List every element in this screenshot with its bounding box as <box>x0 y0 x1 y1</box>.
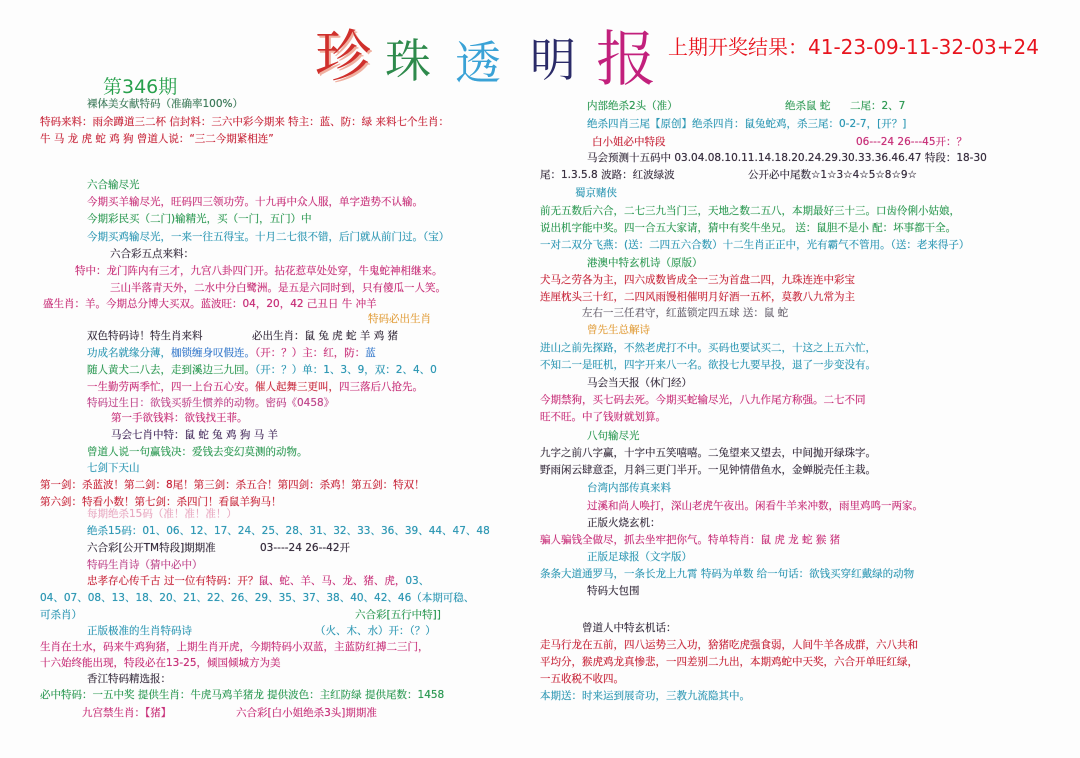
text-line: 必中特码：一五中奖 提供生肖：牛虎马鸡羊猪龙 提供波色：主红防绿 提供尾数：14… <box>40 688 444 702</box>
last-draw-result: 上期开奖结果：41-23-09-11-32-03+24 <box>668 34 1039 60</box>
section-heading: 六合彩五点来料： <box>110 247 194 261</box>
newspaper-page: 珍 珠 透 明 报 上期开奖结果：41-23-09-11-32-03+24 第3… <box>0 0 1080 758</box>
section-heading: 内部绝杀2头（准） <box>587 99 678 113</box>
text-line: 绝杀四肖三尾【原创】绝杀四肖：鼠兔蛇鸡，杀三尾：0-2-7，[开？] <box>587 117 906 131</box>
text-segment: 随人黄犬二八去，走到溪边三九回。 <box>87 364 255 376</box>
section-heading: 双色特码诗！特生肖来料 <box>87 329 203 343</box>
text-line: 忠孝存心传千古 过一位有特码：开？鼠、蛇、羊、马、龙、猪、虎，03、 <box>87 574 429 588</box>
text-line: 06---24 26---45开：？ <box>856 135 967 149</box>
text-line: 第一剑：杀蓝波！第二剑：8尾！第三剑：杀五合！第四剑：杀鸡！第五剑：特双！ <box>40 478 425 492</box>
text-line: 平均分，猴虎鸡龙真惨悲，一四差别二九出，本期鸡蛇中天奖，六合开单旺红绿， <box>540 655 918 669</box>
text-segment: （开：？）单：1、3、9，双：2、4、0 <box>255 364 437 376</box>
text-line: 今期买鸡输尽光，一来一往五得宝。十月二七很不错，后门就从前门过。（宝） <box>87 230 449 244</box>
text-line: 公开必中尾数☆1☆3☆4☆5☆8☆9☆ <box>748 168 917 182</box>
text-line: 特码来料：雨余蹲道三二杯 信封料：三六中彩今期来 特主：蓝、防：绿 来料七个生肖… <box>40 115 449 129</box>
text-line: 一对二双分飞燕：(送：二四五六合数）十二生肖正正中，光有霸气不管用。（送：老来得… <box>540 238 969 252</box>
text-line: 生肖在土水，码来牛鸡狗猪，上期生肖开虎，今期特码小双蓝，主蓝防红搏二三门， <box>40 640 429 654</box>
result-label: 上期开奖结果： <box>668 35 808 59</box>
title-char: 珍 <box>315 30 371 86</box>
text-line: 一生勤劳两季忙，四一上台五心安。催人起舞三更叫，四三落后八抢先。 <box>87 380 423 394</box>
text-line: 十六始终能出现，特段必在13-25，倾国倾城方为美 <box>40 656 281 670</box>
title-char: 明 <box>530 37 576 83</box>
text-line: 不知二一是旺机，四字开来八一名。欲投七九要早投，退了一步变没有。 <box>540 358 876 372</box>
text-line: 九宫禁生肖：【猪】 <box>82 706 171 720</box>
section-heading: 正版极准的生肖特码诗 <box>87 624 192 638</box>
text-line: 左右一三任君守，红蓝锁定四五球 送：鼠 蛇 <box>582 306 788 320</box>
text-line: 特中：龙门阵内有三才，九宫八卦四门开。拈花惹草处处穿，牛鬼蛇神相继来。 <box>75 264 443 278</box>
text-line: 第一手欲钱料：欲钱找王菲。 <box>111 411 248 425</box>
text-line: 今期彩民买（二门)输精光，买（一门，五门）中 <box>87 212 312 226</box>
result-numbers: 41-23-09-11-32-03+24 <box>808 35 1039 59</box>
text-line: 特码过生日：欲钱买骄生惯养的动物。密码《0458》 <box>87 396 334 410</box>
section-heading: 七剑下天山 <box>87 461 140 475</box>
text-line: 一五收税不收四。 <box>540 672 624 686</box>
text-line: 马会预测十五码中 03.04.08.10.11.14.18.20.24.29.3… <box>587 151 987 165</box>
text-segment: 03、 <box>405 575 429 587</box>
text-segment: （开：？）主：红，防： <box>255 347 365 359</box>
text-line: 走马行龙在五前，四八运势三入功，猞猪吃虎强食弱，人间牛羊各成群，六八共和 <box>540 638 918 652</box>
text-line: 随人黄犬二八去，走到溪边三九回。（开：？）单：1、3、9，双：2、4、0 <box>87 363 437 377</box>
text-line: 条条大道通罗马，一条长龙上九霄 特码为单数 给一句话：欲钱买穿红戴绿的动物 <box>540 567 914 581</box>
text-line: 进山之前先探路，不然老虎打不中。买码也要试买二，十这之上五六忙， <box>540 341 876 355</box>
text-segment: 功成名就缘分薄， <box>87 347 171 359</box>
section-heading: 特码必出生肖 <box>368 312 431 326</box>
text-line: 今期禁狗，买七码去死。今期买蛇输尽光，八九作尾方称强。二七不同 <box>540 393 866 407</box>
section-heading: 港澳中特玄机诗（原版） <box>587 256 703 270</box>
section-heading: 特码生肖诗（猜中必中） <box>87 558 203 572</box>
section-heading: 裸体美女献特码（准确率100%） <box>87 97 243 111</box>
text-segment: 催人起舞三更叫， <box>255 381 339 393</box>
text-line: 前无五数后六合，二七三九当门三，天地之数二五八，本期最好三十三。口齿伶俐小姑娘， <box>540 204 960 218</box>
section-heading: 蜀京赌侠 <box>575 186 617 200</box>
text-line: （火、木、水）开：（？） <box>315 624 436 638</box>
text-line: 03----24 26--42开 <box>260 541 350 555</box>
text-segment: 蓝 <box>365 347 376 359</box>
text-line: 牛 马 龙 虎 蛇 鸡 狗 曾道人说：“三二今期紧相连” <box>40 132 274 146</box>
section-heading: 八句输尽光 <box>587 429 640 443</box>
text-line: 骗人骗钱全做尽，抓去坐牢把你气。特单特肖：鼠 虎 龙 蛇 猴 猪 <box>540 533 840 547</box>
text-line: 本期送：时来运到展奇功，三教九流隐其中。 <box>540 689 750 703</box>
text-line: 野雨闲云肆意歪，月斜三更门半开。一见钟情借鱼水，金蝉脱壳任主栽。 <box>540 463 876 477</box>
section-heading: 曾道人中特玄机话： <box>582 621 677 635</box>
text-line: 三山半落青天外，二水中分白鹭洲。是五是六同时到，只有傻瓜一人笑。 <box>110 281 446 295</box>
text-segment: 鼠、蛇、羊、马、龙、猪、虎， <box>258 575 405 587</box>
title-char: 透 <box>455 40 501 86</box>
text-line: 绝杀15码：01、06、12、17、24、25、28、31、32、33、36、3… <box>87 524 490 538</box>
section-heading: 曾先生总解诗 <box>587 323 650 337</box>
section-heading: 正版足球报（文字版） <box>587 550 692 564</box>
section-heading: 每期绝杀15码（准！准！准！） <box>87 507 237 521</box>
issue-number: 第346期 <box>103 76 177 98</box>
section-heading: 特码大包围 <box>587 584 640 598</box>
text-line: 尾：1.3.5.8 波路：红波绿波 <box>540 168 675 182</box>
text-line: 必出生肖：鼠 兔 虎 蛇 羊 鸡 猪 <box>252 329 398 343</box>
section-heading: 六合输尽光 <box>87 178 140 192</box>
section-heading: 马会当天报（休门经） <box>587 376 692 390</box>
text-line: 九字之前八字赢，十字中五笑嘻嘻。二兔望来又望去，中间抛开绿珠字。 <box>540 446 876 460</box>
section-heading: 白小姐必中特段 <box>592 135 666 149</box>
text-line: 盛生肖：羊。今期总分博大买双。蓝波旺：04，20，42 己丑日 牛 冲羊 <box>43 297 377 311</box>
text-line: 连厘枕头三十红，二四风雨馒相催明月好酒一五杯，莫教八九常为主 <box>540 290 855 304</box>
section-heading: 台湾内部传真来料 <box>587 481 671 495</box>
text-line: 功成名就缘分薄，枷锁缠身叹假连。（开：？）主：红，防：蓝 <box>87 346 376 360</box>
section-heading: 正版火烧玄机： <box>587 516 661 530</box>
text-line: 04、07、08、13、18、20、21、22、26、29、35、37、38、4… <box>40 591 474 605</box>
text-line: 二尾：2、7 <box>850 99 905 113</box>
text-line: 绝杀鼠 蛇 <box>785 99 830 113</box>
text-segment: 忠孝存心传千古 过一位有特码：开？ <box>87 575 258 587</box>
section-heading: 六合彩[白小姐绝杀3头]期期准 <box>236 706 377 720</box>
text-line: 曾道人说一句赢钱决：爱钱去变幻莫测的动物。 <box>87 445 308 459</box>
title-char: 报 <box>596 30 656 90</box>
section-heading: 香江特码精选报： <box>87 672 171 686</box>
section-heading: 六合彩[公开TM特段]期期准 <box>87 541 216 555</box>
text-line: 马会七肖中特：鼠 蛇 兔 鸡 狗 马 羊 <box>111 428 278 442</box>
text-line: 犬马之劳各为主，四六成数皆成全一三为首盘二四，九珠连连中彩宝 <box>540 273 855 287</box>
text-line: 可杀肖） <box>40 608 82 622</box>
text-line: 今期买羊输尽光，旺码四三领功劳。十九再中众人服，单字造势不认输。 <box>87 195 423 209</box>
text-segment: 四三落后八抢先。 <box>339 381 423 393</box>
text-line: 旺不旺。中了钱财就划算。 <box>540 410 666 424</box>
text-line: 过溪和尚人唤打，深山老虎午夜出。闲看牛羊来冲数，雨里鸡鸣一两家。 <box>587 499 923 513</box>
text-segment: 枷锁缠身叹假连。 <box>171 347 255 359</box>
text-segment: 一生勤劳两季忙，四一上台五心安。 <box>87 381 255 393</box>
title-char: 珠 <box>385 38 431 84</box>
section-heading: 六合彩[五行中特]] <box>355 608 441 622</box>
text-line: 说出机字能中奖。四一合五大家请，猜中有奖牛坐兄。 送：鼠胆不是小 配：坏事都干全… <box>540 221 956 235</box>
